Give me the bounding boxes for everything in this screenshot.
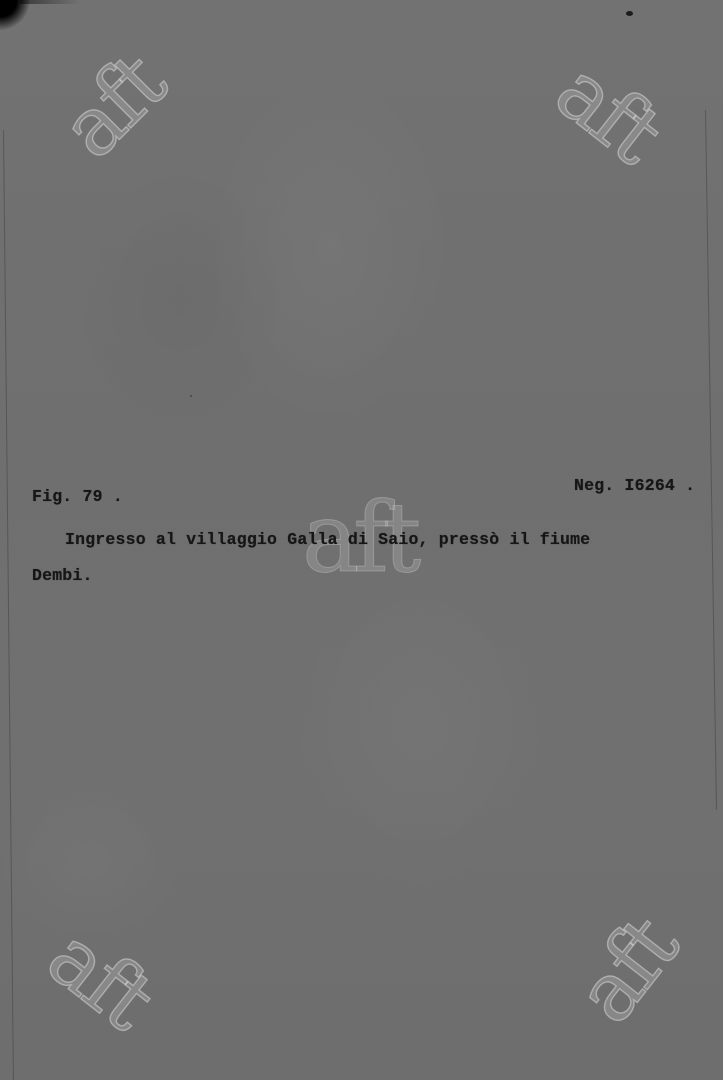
ink-speck xyxy=(190,395,192,397)
archival-card: aft aft aft aft aft Fig. 79 . Neg. I6264… xyxy=(0,0,723,1080)
figure-label: Fig. 79 . xyxy=(32,487,123,506)
watermark-bottom-right: aft xyxy=(564,905,692,1037)
watermark-bottom-left: aft xyxy=(34,915,166,1043)
left-edge-line xyxy=(3,130,14,1080)
watermark-top-right: aft xyxy=(542,49,674,177)
caption-line-2: Dembi. xyxy=(32,566,93,585)
negative-number: Neg. I6264 . xyxy=(574,476,695,495)
caption-line-1: Ingresso al villaggio Galla di Saio, pre… xyxy=(65,530,590,549)
watermark-top-left: aft xyxy=(48,42,179,173)
right-edge-line xyxy=(705,110,717,810)
corner-shadow xyxy=(0,0,30,30)
top-edge-shadow xyxy=(20,0,80,4)
ink-speck xyxy=(626,11,633,16)
